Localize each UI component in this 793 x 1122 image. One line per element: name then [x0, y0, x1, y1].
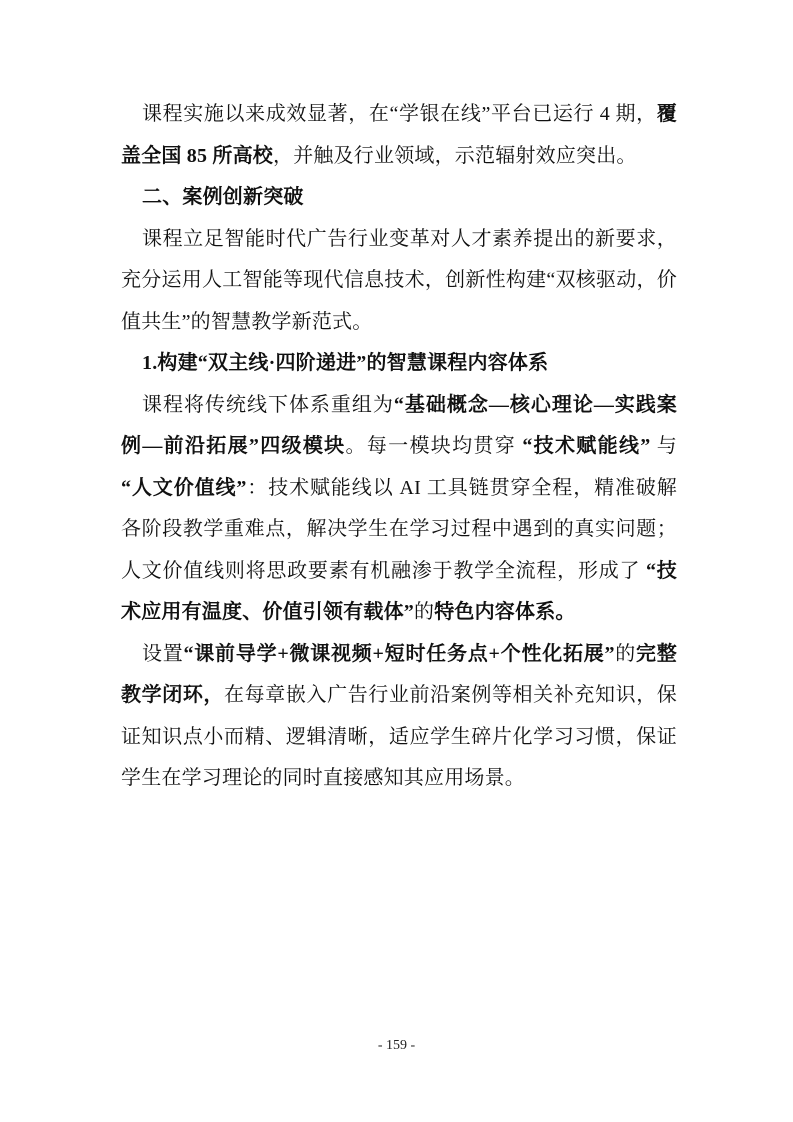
paragraph: 课程将传统线下体系重组为“基础概念—核心理论—实践案例—前沿拓展”四级模块。每一…	[121, 385, 677, 634]
text-run: 1.构建“双主线·四阶递进”的智慧课程内容体系	[142, 352, 548, 374]
text-run: 的	[414, 601, 434, 623]
text-run: 二、案例创新突破	[142, 186, 304, 208]
paragraph: 课程实施以来成效显著，在“学银在线”平台已运行 4 期，覆盖全国 85 所高校，…	[121, 94, 677, 177]
section-heading: 二、案例创新突破	[121, 177, 677, 219]
text-run: 课程立足智能时代广告行业变革对人才素养提出的新要求，充分运用人工智能等现代信息技…	[121, 228, 677, 333]
text-run: “人文价值线”	[121, 477, 247, 499]
text-run: 课程实施以来成效显著，在“学银在线”平台已运行 4 期，	[142, 103, 657, 125]
paragraph: 设置“课前导学+微课视频+短时任务点+个性化拓展”的完整教学闭环，在每章嵌入广告…	[121, 634, 677, 800]
document-body: 课程实施以来成效显著，在“学银在线”平台已运行 4 期，覆盖全国 85 所高校，…	[121, 94, 677, 800]
text-run: “课前导学+微课视频+短时任务点+个性化拓展”	[184, 643, 615, 665]
text-run: 特色内容体系。	[434, 601, 575, 623]
text-run: 与	[650, 435, 677, 457]
text-run: 的	[615, 643, 636, 665]
text-run: 。每一模块均贯穿	[346, 435, 523, 457]
text-run: “技术赋能线”	[522, 435, 650, 457]
section-heading: 1.构建“双主线·四阶递进”的智慧课程内容体系	[121, 343, 677, 385]
text-run: ，并触及行业领域，示范辐射效应突出。	[273, 145, 637, 167]
page-number: - 159 -	[0, 1038, 793, 1054]
document-page: 课程实施以来成效显著，在“学银在线”平台已运行 4 期，覆盖全国 85 所高校，…	[0, 0, 793, 1122]
paragraph: 课程立足智能时代广告行业变革对人才素养提出的新要求，充分运用人工智能等现代信息技…	[121, 219, 677, 344]
text-run: 设置	[142, 643, 184, 665]
text-run: 课程将传统线下体系重组为	[142, 394, 394, 416]
